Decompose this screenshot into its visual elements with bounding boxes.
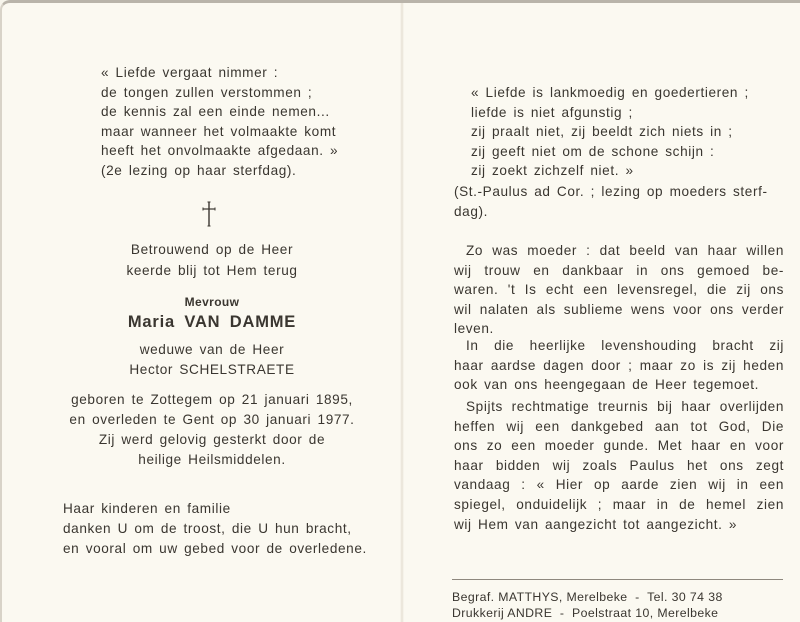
imprint: Begraf. MATTHYS, Merelbeke - Tel. 30 74 … [452,588,723,620]
life-dates: geboren te Zottegem op 21 januari 1895, … [2,390,422,470]
paragraph-mother: Zo was moeder : dat beeld van haar wille… [454,241,784,339]
widow-text: weduwe van de Heer Hector SCHELSTRAETE [2,340,422,380]
imprint-divider [452,579,783,580]
paragraph-line: waren. 't Is echt een levensregel, die z… [454,280,784,300]
quote-line: zij geeft niet om de schone schijn : [471,142,749,162]
right-quote-source: (St.-Paulus ad Cor. ; lezing op moeders … [454,182,768,221]
paragraph-line: haar bidden wij zoals Paulus het ons zeg… [454,456,784,476]
trust-line: Betrouwend op de Heer [2,240,422,261]
quote-line: « Liefde is lankmoedig en goedertieren ; [471,83,749,103]
printer-line: Drukkerij ANDRE - Poelstraat 10, Merelbe… [452,604,723,620]
trust-text: Betrouwend op de Heer keerde blij tot He… [2,240,422,282]
left-quote: « Liefde vergaat nimmer : de tongen zull… [101,63,338,180]
source-line: (St.-Paulus ad Cor. ; lezing op moeders … [454,182,768,202]
paragraph-line: wij Hem van aangezicht tot aangezicht. » [454,515,784,535]
quote-line: zij praalt niet, zij beeldt zich niets i… [471,122,749,142]
quote-line: maar wanneer het volmaakte komt [101,122,338,142]
quote-line: zij zoekt zichzelf niet. » [471,161,749,181]
paragraph-line: Spijts rechtmatige treurnis bij haar ove… [454,397,784,417]
paragraph-line: Zo was moeder : dat beeld van haar wille… [454,241,784,261]
quote-line: « Liefde vergaat nimmer : [101,63,338,83]
name-block: Mevrouw Maria VAN DAMME [2,293,422,337]
quote-line: de kennis zal een einde nemen... [101,102,338,122]
death-line: en overleden te Gent op 30 januari 1977. [2,410,422,430]
widow-line: Hector SCHELSTRAETE [2,360,422,380]
thanks-text: Haar kinderen en familie danken U om de … [63,499,367,559]
sacrament-line: heilige Heilsmiddelen. [2,450,422,470]
honorific: Mevrouw [2,293,422,313]
paragraph-line: haar aardse dagen door ; maar zo is zij … [454,356,784,376]
left-panel: « Liefde vergaat nimmer : de tongen zull… [2,3,400,622]
paragraph-life: In die heerlijke levenshouding bracht zi… [454,336,784,395]
paragraph-line: wij trouw en dankbaar in ons gemoed be- [454,261,784,281]
funeral-home-line: Begraf. MATTHYS, Merelbeke - Tel. 30 74 … [452,588,723,604]
paragraph-line: ons zo een moeder gunde. Met haar en voo… [454,436,784,456]
sacrament-line: Zij werd gelovig gesterkt door de [2,430,422,450]
quote-line: heeft het onvolmaakte afgedaan. » [101,141,338,161]
quote-line: de tongen zullen verstommen ; [101,83,338,103]
deceased-name: Maria VAN DAMME [2,313,422,337]
thanks-line: danken U om de troost, die U hun bracht, [63,519,367,539]
cross-icon [202,201,216,227]
paragraph-line: heffen wij een dankgebed aan tot God, Di… [454,417,784,437]
paragraph-line: vandaag : « Hier op aarde zien wij in ee… [454,475,784,495]
right-quote: « Liefde is lankmoedig en goedertieren ;… [471,83,749,181]
paragraph-line: ook van ons heengegaan de Heer tegemoet. [454,375,784,395]
paragraph-line: spiegel, onduidelijk ; maar in de hemel … [454,495,784,515]
paragraph-line: In die heerlijke levenshouding bracht zi… [454,336,784,356]
trust-line: keerde blij tot Hem terug [2,261,422,282]
quote-line: liefde is niet afgunstig ; [471,103,749,123]
widow-line: weduwe van de Heer [2,340,422,360]
quote-source: (2e lezing op haar sterfdag). [101,161,338,181]
thanks-line: en vooral om uw gebed voor de overledene… [63,539,367,559]
paragraph-line: wil nalaten als sublieme wens voor ons v… [454,300,784,320]
thanks-line: Haar kinderen en familie [63,499,367,519]
source-line: dag). [454,202,768,222]
memorial-card: « Liefde vergaat nimmer : de tongen zull… [0,0,800,622]
paragraph-prayer: Spijts rechtmatige treurnis bij haar ove… [454,397,784,534]
birth-line: geboren te Zottegem op 21 januari 1895, [2,390,422,410]
